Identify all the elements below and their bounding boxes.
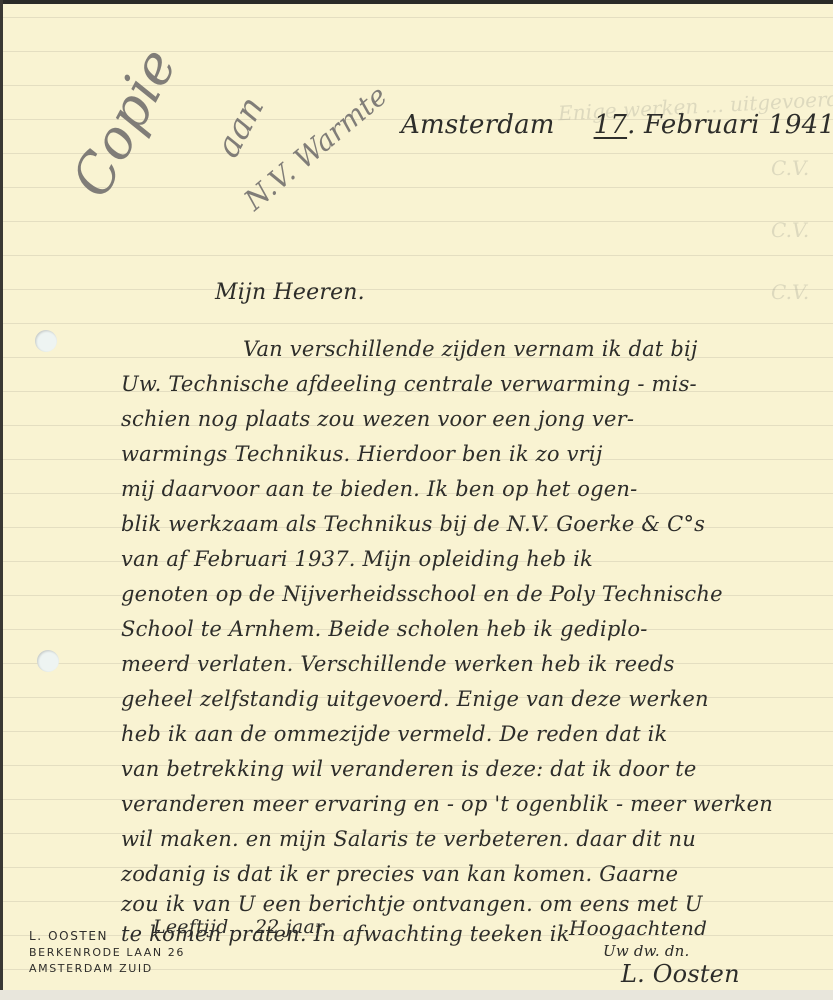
body-line: geheel zelfstandig uitgevoerd. Enige van… xyxy=(121,687,709,711)
body-line: Uw. Technische afdeeling centrale verwar… xyxy=(121,372,697,396)
date-year: 1941 xyxy=(768,110,833,140)
body-line: zodanig is dat ik er precies van kan kom… xyxy=(121,862,678,886)
body-line: van af Februari 1937. Mijn opleiding heb… xyxy=(121,547,593,571)
age-note: Leeftijd 22 jaar xyxy=(153,916,324,938)
body-line: zou ik van U een berichtje ontvangen. om… xyxy=(121,892,703,916)
body-line: wil maken. en mijn Salaris te verbeteren… xyxy=(121,827,696,851)
age-label: Leeftijd xyxy=(153,916,229,938)
bleed-through-text: C.V. xyxy=(771,280,809,304)
closing-uw-dw: Uw dw. dn. xyxy=(603,942,689,960)
closing-hoogachtend: Hoogachtend xyxy=(569,916,707,940)
sender-name: L. Oosten xyxy=(29,929,108,943)
age-value: 22 jaar xyxy=(255,916,324,938)
pencil-annotation-copie: Copie xyxy=(59,38,189,207)
signature: L. Oosten xyxy=(621,960,740,988)
letter-page: Enige werken ... uitgevoerd C.V. C.V. C.… xyxy=(3,4,833,990)
punch-hole-bottom xyxy=(37,650,59,672)
body-line: School te Arnhem. Beide scholen heb ik g… xyxy=(121,617,648,641)
body-line: mij daarvoor aan te bieden. Ik ben op he… xyxy=(121,477,637,501)
pencil-annotation-aan: aan xyxy=(208,90,273,164)
date-day: 17 xyxy=(594,110,627,140)
body-line: heb ik aan de ommezijde vermeld. De rede… xyxy=(121,722,667,746)
body-line: Van verschillende zijden vernam ik dat b… xyxy=(243,337,698,361)
body-line: genoten op de Nijverheidsschool en de Po… xyxy=(121,582,723,606)
scan-border-bottom xyxy=(0,990,833,1000)
pencil-annotation-nv-warmte: N.V. Warmte xyxy=(238,79,394,217)
letter-date: Amsterdam 17. Februari 1941 xyxy=(401,110,833,140)
date-month: Februari xyxy=(644,110,760,140)
body-line: veranderen meer ervaring en - op 't ogen… xyxy=(121,792,773,816)
body-line: meerd verlaten. Verschillende werken heb… xyxy=(121,652,675,676)
body-line: schien nog plaats zou wezen voor een jon… xyxy=(121,407,634,431)
salutation: Mijn Heeren. xyxy=(215,280,365,305)
body-line: van betrekking wil veranderen is deze: d… xyxy=(121,757,697,781)
body-line: blik werkzaam als Technikus bij de N.V. … xyxy=(121,512,705,536)
date-place: Amsterdam xyxy=(401,110,555,140)
punch-hole-top xyxy=(35,330,57,352)
bleed-through-text: C.V. xyxy=(771,156,809,180)
sender-city: Amsterdam Zuid xyxy=(29,962,153,975)
bleed-through-text: C.V. xyxy=(771,218,809,242)
sender-street: Berkenrode Laan 26 xyxy=(29,946,185,959)
body-line: warmings Technikus. Hierdoor ben ik zo v… xyxy=(121,442,603,466)
